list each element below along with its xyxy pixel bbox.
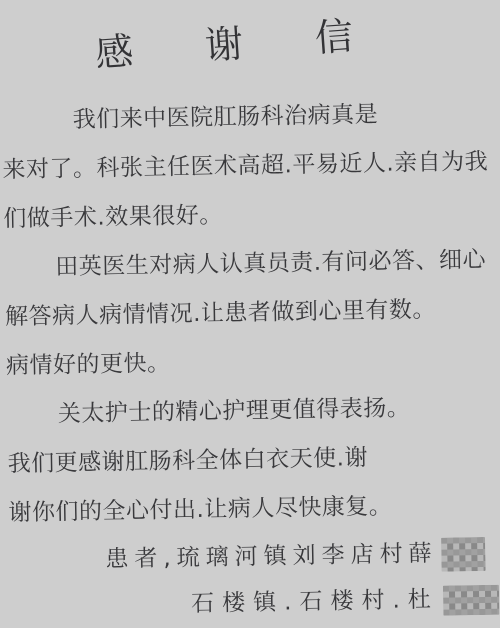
letter-content: 感 谢 信 我们来中医院肛肠科治病真是 来对了。科张主任医术高超.平易近人.亲自… xyxy=(0,0,500,628)
paragraph-2-line-1: 田英医生对病人认真员责.有问必答、细心 xyxy=(0,236,500,294)
paragraph-2-line-2: 解答病人病情情况.让患者做到心里有数。 xyxy=(1,285,500,343)
signature-line-2: 石楼镇.石楼村.杜 xyxy=(6,576,500,628)
paragraph-3-line-1: 关太护士的精心护理更值得表扬。 xyxy=(2,383,500,441)
letter-title: 感 谢 信 xyxy=(93,0,496,78)
paragraph-2-line-3: 病情好的更快。 xyxy=(2,334,500,392)
redacted-name-mosaic-1 xyxy=(441,536,486,571)
signature-text-second-address: 石楼镇.石楼村.杜 xyxy=(191,587,439,617)
paragraph-3-line-2: 我们更感谢肛肠科全体白衣天使.谢 xyxy=(3,432,500,490)
paragraph-1-line-1: 我们来中医院肛肠科治病真是 xyxy=(0,89,498,147)
paragraph-1-line-2: 来对了。科张主任医术高超.平易近人.亲自为我 xyxy=(0,138,499,196)
letter-paper: 感 谢 信 我们来中医院肛肠科治病真是 来对了。科张主任医术高超.平易近人.亲自… xyxy=(0,0,500,628)
paragraph-1-line-3: 们做手术.效果很好。 xyxy=(0,187,500,245)
signature-text-patient-address: 患者,琉璃河镇刘李店村薛 xyxy=(105,541,438,573)
redacted-name-mosaic-2 xyxy=(442,584,499,615)
paragraph-3-line-3: 谢你们的全心付出.让病人尽快康复。 xyxy=(4,481,500,539)
